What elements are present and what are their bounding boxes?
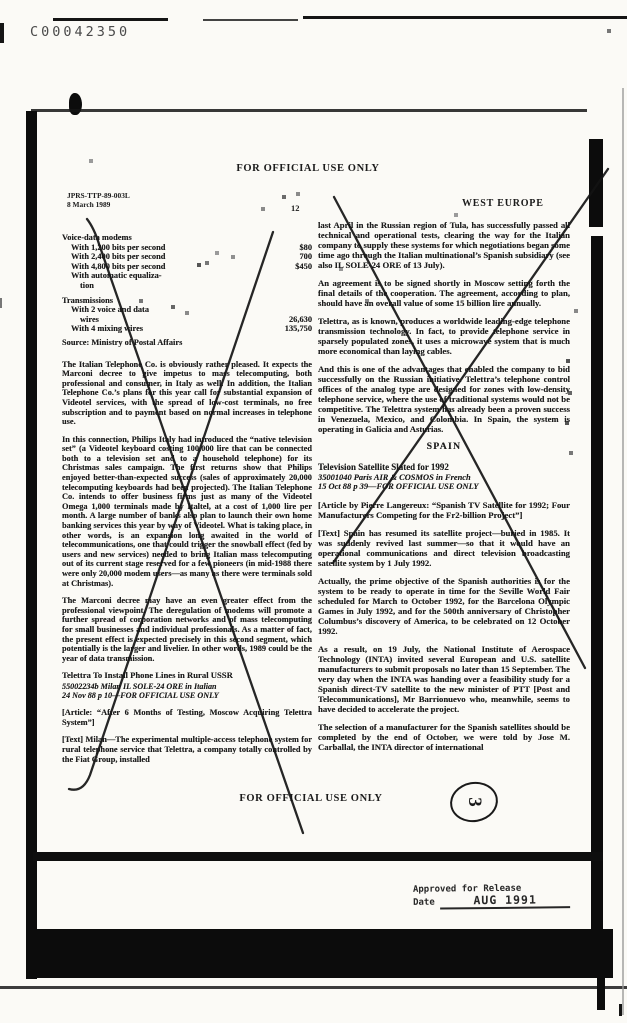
body-paragraph: The Italian Telephone Co. is obviously r… [62, 360, 312, 427]
table-cell-value: $80 [299, 243, 312, 253]
table-cell-value: 700 [299, 252, 312, 262]
table-cell-label: wires [62, 315, 99, 325]
circled-number-value: 3 [463, 797, 485, 807]
page-number: 12 [291, 203, 300, 213]
approval-stamp: Approved for Release Date AUG 1991 [413, 883, 570, 910]
report-id-block: JPRS-TTP-89-003L 8 March 1989 [67, 192, 130, 210]
left-column: Voice-data modems With 1,200 bits per se… [62, 233, 312, 772]
table-row: Transmissions [62, 296, 312, 306]
table-cell-label: With 4 mixing wires [62, 324, 143, 334]
country-heading: SPAIN [318, 442, 570, 452]
table-row: wires26,630 [62, 315, 312, 325]
classification-banner-bottom: FOR OFFICIAL USE ONLY [196, 793, 426, 804]
article-source-line: 55002234b Milan IL SOLE-24 ORE in Italia… [62, 682, 312, 691]
section-heading: WEST EUROPE [462, 198, 544, 209]
article-title: Telettra To Install Phone Lines in Rural… [62, 671, 312, 681]
body-paragraph: An agreement is to be signed shortly in … [318, 278, 570, 308]
scan-noise-specks [0, 0, 2, 2]
stamp-date-label: Date [413, 898, 435, 908]
modem-price-table: Voice-data modems With 1,200 bits per se… [62, 233, 312, 348]
article-source-block: 55002234b Milan IL SOLE-24 ORE in Italia… [62, 682, 312, 700]
table-cell-label: With 2 voice and data [62, 305, 149, 315]
article-source-block: 35001040 Paris AIR & COSMOS in French 15… [318, 473, 570, 492]
table-cell-label: Transmissions [62, 296, 113, 306]
scan-top-line-3 [303, 16, 627, 19]
body-paragraph: In this connection, Philips Italy had in… [62, 435, 312, 589]
table-cell-value: 135,750 [285, 324, 312, 334]
table-source: Source: Ministry of Postal Affairs [62, 338, 182, 348]
page-left-edge [26, 111, 37, 979]
page-right-edge-upper [589, 139, 603, 227]
table-cell-label: With 4,800 bits per second [62, 262, 165, 272]
document-control-number: C00042350 [30, 24, 130, 40]
handwritten-circled-number: 3 [447, 778, 501, 826]
scan-bottom-line [0, 986, 627, 989]
table-row: With 4,800 bits per second$450 [62, 262, 312, 272]
body-paragraph: Actually, the prime objective of the Spa… [318, 576, 570, 636]
table-source-row: Source: Ministry of Postal Affairs [62, 338, 312, 348]
table-cell-value: $450 [295, 262, 312, 272]
table-cell-label: With automatic equaliza- [62, 271, 162, 281]
article-byline: [Article: “After 6 Months of Testing, Mo… [62, 708, 312, 727]
body-paragraph: As a result, on 19 July, the National In… [318, 644, 570, 714]
table-cell-value: 26,630 [289, 315, 312, 325]
report-date: 8 March 1989 [67, 201, 130, 210]
body-paragraph: The selection of a manufacturer for the … [318, 722, 570, 752]
table-row: With 2,400 bits per second700 [62, 252, 312, 262]
body-paragraph: [Text] Milan—The experimental multiple-a… [62, 735, 312, 764]
scan-top-line-2 [203, 19, 298, 21]
inner-page-bottom-edge [33, 852, 603, 861]
article-title: Television Satellite Slated for 1992 [318, 462, 570, 472]
scan-top-line-1 [53, 18, 168, 21]
body-paragraph: [Text] Spain has resumed its satellite p… [318, 528, 570, 568]
body-paragraph: And this is one of the advantages that e… [318, 364, 570, 434]
page-top-edge [31, 109, 587, 112]
table-cell-label: Voice-data modems [62, 233, 132, 243]
article-source-line: 24 Nov 88 p 10—FOR OFFICIAL USE ONLY [62, 691, 312, 700]
table-row: tion [62, 281, 312, 291]
table-cell-label: With 1,200 bits per second [62, 243, 165, 253]
table-row: With automatic equaliza- [62, 271, 312, 281]
table-row: With 4 mixing wires135,750 [62, 324, 312, 334]
table-row: With 2 voice and data [62, 305, 312, 315]
body-paragraph: Telettra, as is known, produces a worldw… [318, 316, 570, 356]
stamp-date-value: AUG 1991 [440, 894, 570, 909]
scan-bottom-band [28, 929, 613, 978]
page-right-edge-lower [591, 236, 603, 978]
table-cell-label: tion [62, 281, 94, 291]
classification-banner-top: FOR OFFICIAL USE ONLY [188, 163, 428, 174]
scan-left-dash [0, 298, 2, 308]
body-paragraph: The Marconi decree may have an even grea… [62, 596, 312, 663]
body-paragraph: last April in the Russian region of Tula… [318, 220, 570, 270]
table-cell-label: With 2,400 bits per second [62, 252, 165, 262]
article-source-line: 15 Oct 88 p 39—FOR OFFICIAL USE ONLY [318, 482, 570, 491]
table-row: With 1,200 bits per second$80 [62, 243, 312, 253]
scan-right-tail [597, 978, 605, 1010]
scan-left-tick [0, 23, 4, 43]
scan-right-faint-edge [622, 88, 624, 1015]
right-column: last April in the Russian region of Tula… [318, 220, 570, 760]
article-byline: [Article by Pierre Langereux: “Spanish T… [318, 500, 570, 520]
stamp-line2: Date AUG 1991 [413, 894, 570, 910]
table-row: Voice-data modems [62, 233, 312, 243]
scanned-document-page: C00042350 FOR OFFICIAL USE ONLY JPRS-TTP… [0, 0, 627, 1023]
